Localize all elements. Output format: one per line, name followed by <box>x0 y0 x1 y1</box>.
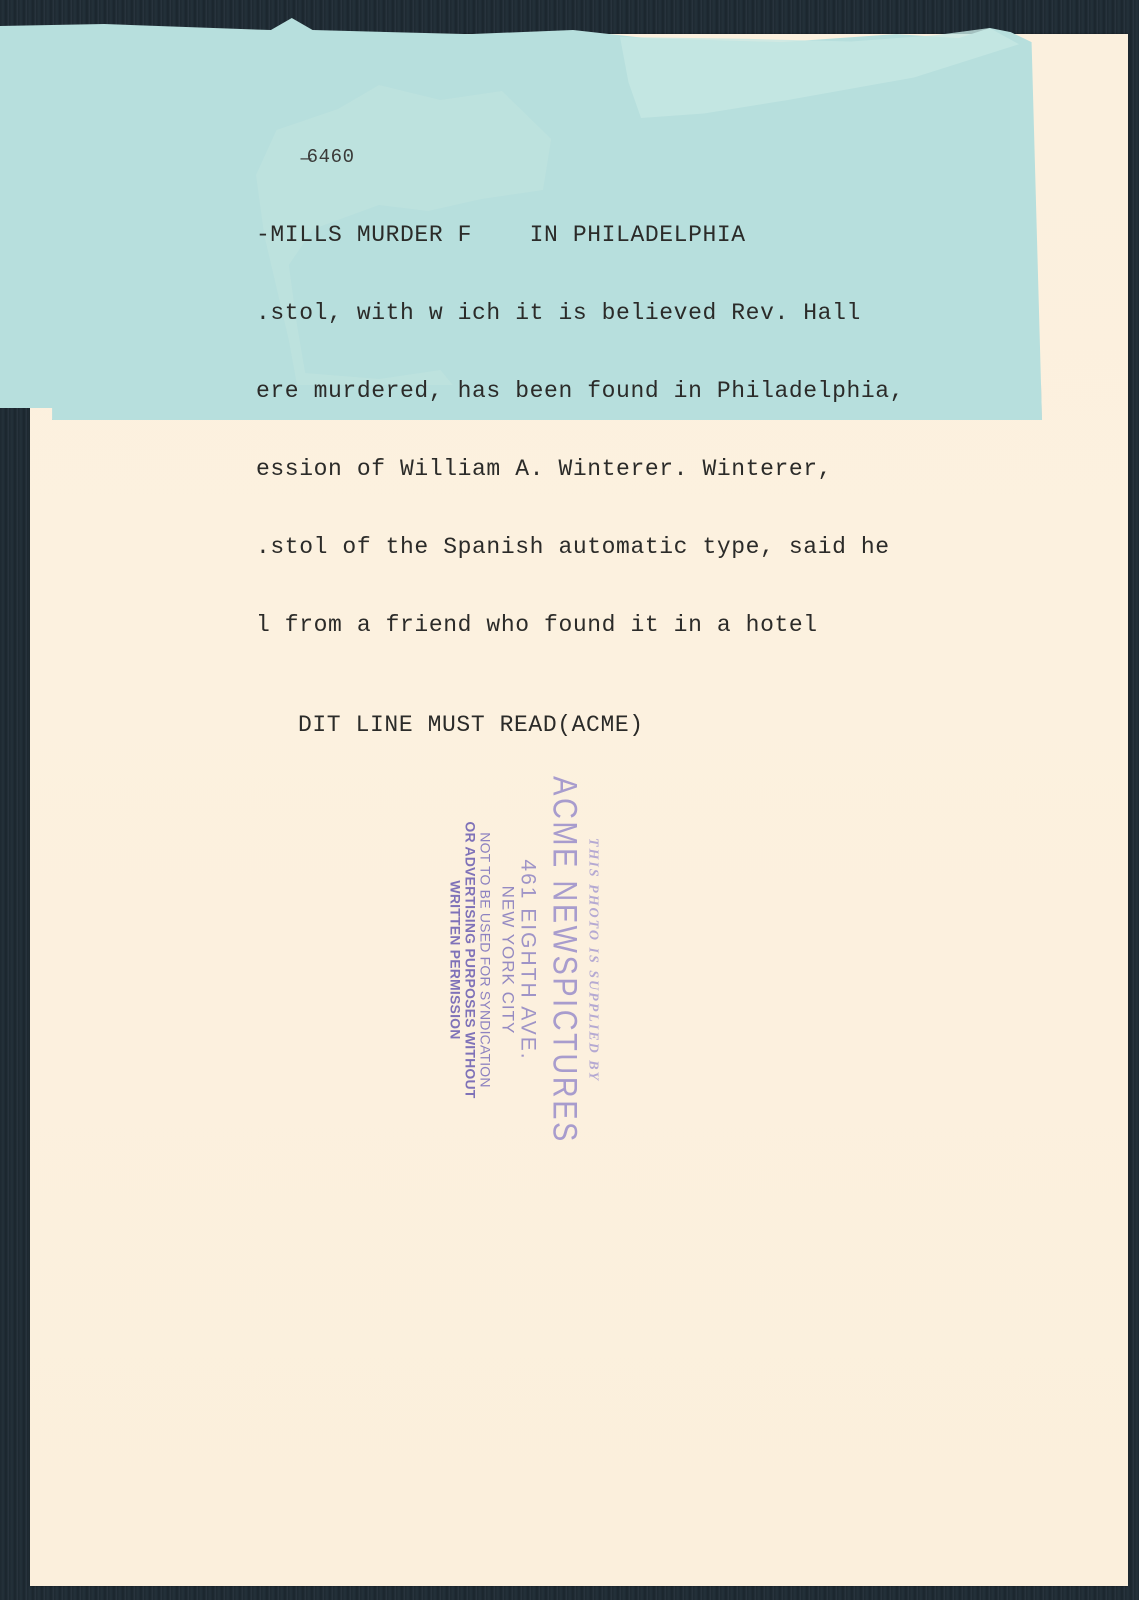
stamp-supplied-by: THIS PHOTO IS SUPPLIED BY <box>585 725 601 1195</box>
stamp-notice-line: NOT TO BE USED FOR SYNDICATION <box>478 725 493 1195</box>
caption-line: ession of William A. Winterer. Winterer, <box>256 456 1016 482</box>
caption-line: l from a friend who found it in a hotel <box>256 612 1016 638</box>
stamp-notice-line: OR ADVERTISING PURPOSES WITHOUT <box>463 725 478 1195</box>
caption-line: ere murdered, has been found in Philadel… <box>256 378 1016 404</box>
agency-stamp: THIS PHOTO IS SUPPLIED BY ACME NEWSPICTU… <box>448 725 601 1195</box>
photo-number: ̶6460 <box>256 148 1016 170</box>
caption-line: .stol, with w ich it is believed Rev. Ha… <box>256 300 1016 326</box>
stamp-notice-line: WRITTEN PERMISSION <box>448 725 463 1195</box>
stamp-city: NEW YORK CITY <box>499 725 517 1195</box>
stamp-agency-name: ACME NEWSPICTURES <box>545 760 585 1160</box>
caption-line: .stol of the Spanish automatic type, sai… <box>256 534 1016 560</box>
typewritten-caption: ̶6460 -MILLS MURDER F IN PHILADELPHIA .s… <box>256 96 1016 764</box>
stamp-address: 461 EIGHTH AVE. <box>517 725 539 1195</box>
credit-line: DIT LINE MUST READ(ACME) <box>256 712 1016 738</box>
caption-headline: -MILLS MURDER F IN PHILADELPHIA <box>256 222 1016 248</box>
